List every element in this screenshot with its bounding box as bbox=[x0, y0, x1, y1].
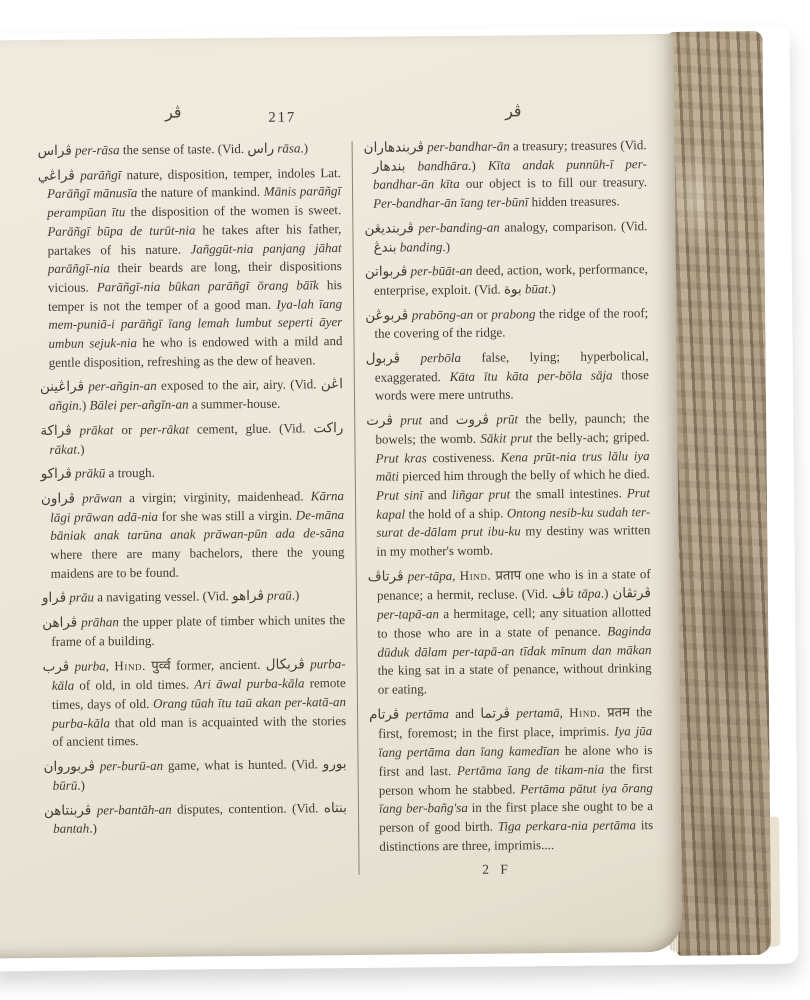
entry-prau: ڤراو prāu a navigating vessel. (Vid. ڤرا… bbox=[42, 587, 345, 609]
entry-parangi: ڤراڠي parāñgī nature, disposition, tempe… bbox=[38, 164, 343, 373]
entry-per-bandhar-an: ڤربندهاران per-bandhar-ān a treasury; tr… bbox=[364, 136, 648, 214]
entry-prakat: ڤراكة prākat or per-rākat cement, glue. … bbox=[40, 419, 343, 459]
entry-per-buru-an: ڤربوروان per-burū-an game, what is hunte… bbox=[43, 755, 346, 795]
entry-pertama: ڤرتام pertāma and ڤرتما pertamā, Hind. प… bbox=[369, 703, 653, 856]
entry-prut: ڤرت prut and ڤروت prūt the belly, paunch… bbox=[366, 409, 650, 561]
entry-prabong-an: ڤربوڠن prabōng-an or prabong the ridge o… bbox=[365, 304, 648, 344]
signature-mark: 2 F bbox=[370, 860, 623, 881]
entry-per-buat-an: ڤربواتن per-būāt-an deed, action, work, … bbox=[365, 260, 648, 300]
entry-prahan: ڤراهن prāhan the upper plate of timber w… bbox=[42, 611, 345, 651]
page-number: 217 bbox=[242, 109, 322, 127]
entry-prawan: ڤراون prāwan a virgin; virginity, maiden… bbox=[41, 487, 345, 583]
book-page: ڤر 217 ڤر ڤراس per-rāsa the sense of tas… bbox=[0, 34, 682, 959]
entry-per-tapa: ڤرتاڤ per-tāpa, Hind. प्रताप one who is … bbox=[368, 565, 652, 700]
entry-per-banding-an: ڤربنديڠن per-banding-an analogy, compari… bbox=[364, 217, 647, 257]
column-divider bbox=[352, 141, 360, 875]
column-right: ڤربندهاران per-bandhar-ān a treasury; tr… bbox=[364, 136, 654, 881]
book: ڤر 217 ڤر ڤراس per-rāsa the sense of tas… bbox=[0, 26, 798, 972]
entry-per-rasa: ڤراس per-rāsa the sense of taste. (Vid. … bbox=[38, 139, 341, 161]
page-fore-edge bbox=[669, 31, 772, 956]
column-left: ڤراس per-rāsa the sense of taste. (Vid. … bbox=[38, 139, 348, 884]
header-catchword-right: ڤر bbox=[468, 101, 558, 121]
entry-purba: ڤرب purba, Hind. पुर्व्व former, ancient… bbox=[43, 655, 347, 752]
entry-perbola: ڤربول perbōla false, lying; hyperbolical… bbox=[366, 347, 650, 406]
header-catchword-left: ڤر bbox=[128, 102, 218, 122]
text-block: ڤراس per-rāsa the sense of taste. (Vid. … bbox=[0, 128, 682, 885]
entry-per-bantah-an: ڤربنتاهن per-bantāh-an disputes, content… bbox=[44, 799, 347, 839]
entry-per-angin-an: ڤراڠينن per-añgin-an exposed to the air,… bbox=[40, 375, 343, 415]
entry-praku: ڤراكو prākū a trough. bbox=[41, 462, 344, 484]
photograph-background: ڤر 217 ڤر ڤراس per-rāsa the sense of tas… bbox=[0, 0, 810, 1000]
